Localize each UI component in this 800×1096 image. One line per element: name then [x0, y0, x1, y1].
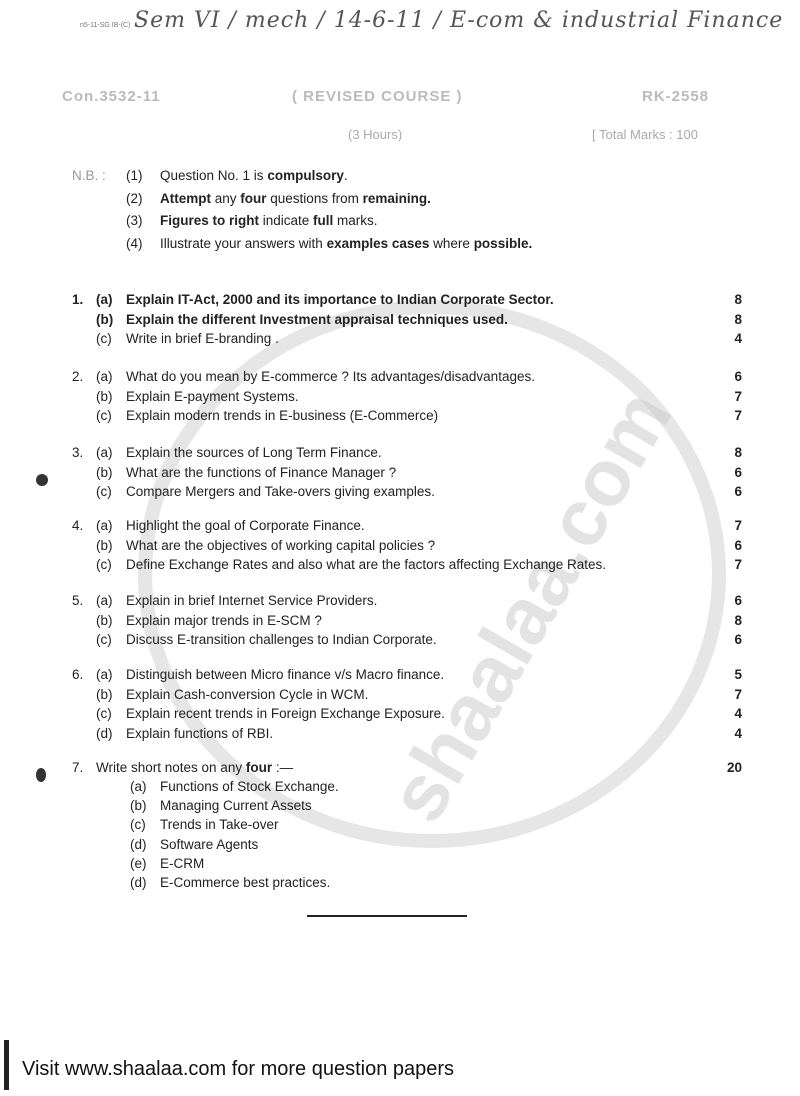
question-part: (c)Write in brief E-branding .4 — [72, 331, 742, 351]
short-note-item: (d)E-Commerce best practices. — [130, 875, 330, 890]
question-part: 5.(a)Explain in brief Internet Service P… — [72, 593, 742, 613]
marks: 8 — [734, 292, 742, 307]
marks: 7 — [734, 687, 742, 702]
question-part: (c)Compare Mergers and Take-overs giving… — [72, 484, 742, 504]
marks: 8 — [734, 613, 742, 628]
marks: 6 — [734, 484, 742, 499]
question-part: (c)Discuss E-transition challenges to In… — [72, 632, 742, 652]
marks: 6 — [734, 538, 742, 553]
question-part: 6.(a)Distinguish between Micro finance v… — [72, 667, 742, 687]
scan-edge — [4, 1040, 9, 1090]
marks: 5 — [734, 667, 742, 682]
marks: 8 — [734, 312, 742, 327]
question-part: 2.(a)What do you mean by E-commerce ? It… — [72, 369, 742, 389]
question-part: (b)What are the functions of Finance Man… — [72, 465, 742, 485]
scan-blot — [36, 474, 48, 486]
question-part: (c)Explain modern trends in E-business (… — [72, 408, 742, 428]
ref-code: RK-2558 — [642, 88, 709, 105]
question-part: (b)Explain the different Investment appr… — [72, 312, 742, 332]
duration: (3 Hours) — [348, 127, 402, 142]
question-7-header: 7.Write short notes on any four :—20 — [72, 760, 742, 780]
paper-code: Con.3532-11 — [62, 88, 161, 105]
instruction-item: (4)Illustrate your answers with examples… — [126, 236, 532, 251]
question-part: (b)Explain major trends in E-SCM ?8 — [72, 613, 742, 633]
marks: 4 — [734, 331, 742, 346]
question-part: (c)Define Exchange Rates and also what a… — [72, 557, 742, 577]
marks: 6 — [734, 369, 742, 384]
instruction-item: (3)Figures to right indicate full marks. — [126, 213, 378, 228]
marks: 6 — [734, 593, 742, 608]
question-part: (d)Explain functions of RBI.4 — [72, 726, 742, 746]
short-note-item: (e)E-CRM — [130, 856, 204, 871]
instruction-item: (2)Attempt any four questions from remai… — [126, 191, 431, 206]
question-part: (b)What are the objectives of working ca… — [72, 538, 742, 558]
marks: 7 — [734, 408, 742, 423]
marks: 7 — [734, 557, 742, 572]
question-part: 3.(a)Explain the sources of Long Term Fi… — [72, 445, 742, 465]
handwritten-header: Sem VI / mech / 14-6-11 / E-com & indust… — [134, 8, 783, 33]
marks: 7 — [734, 389, 742, 404]
scan-blot — [36, 768, 46, 782]
handwritten-code: n5-11-SG IB-(C) — [80, 22, 130, 29]
question-part: (b)Explain Cash-conversion Cycle in WCM.… — [72, 687, 742, 707]
course-label: ( REVISED COURSE ) — [292, 88, 463, 105]
short-note-item: (b)Managing Current Assets — [130, 798, 312, 813]
marks: 7 — [734, 518, 742, 533]
end-rule — [307, 915, 467, 917]
question-part: (b)Explain E-payment Systems.7 — [72, 389, 742, 409]
marks: 8 — [734, 445, 742, 460]
marks: 4 — [734, 706, 742, 721]
marks: 6 — [734, 465, 742, 480]
question-part: 4.(a)Highlight the goal of Corporate Fin… — [72, 518, 742, 538]
question-part: (c)Explain recent trends in Foreign Exch… — [72, 706, 742, 726]
nb-label: N.B. : — [72, 168, 106, 183]
marks: 6 — [734, 632, 742, 647]
footer-text: Visit www.shaalaa.com for more question … — [22, 1058, 454, 1081]
instruction-item: (1)Question No. 1 is compulsory. — [126, 168, 348, 183]
short-note-item: (a)Functions of Stock Exchange. — [130, 779, 339, 794]
total-marks: [ Total Marks : 100 — [592, 127, 698, 142]
short-note-item: (d)Software Agents — [130, 837, 258, 852]
marks: 4 — [734, 726, 742, 741]
short-note-item: (c)Trends in Take-over — [130, 817, 279, 832]
question-part: 1.(a)Explain IT-Act, 2000 and its import… — [72, 292, 742, 312]
